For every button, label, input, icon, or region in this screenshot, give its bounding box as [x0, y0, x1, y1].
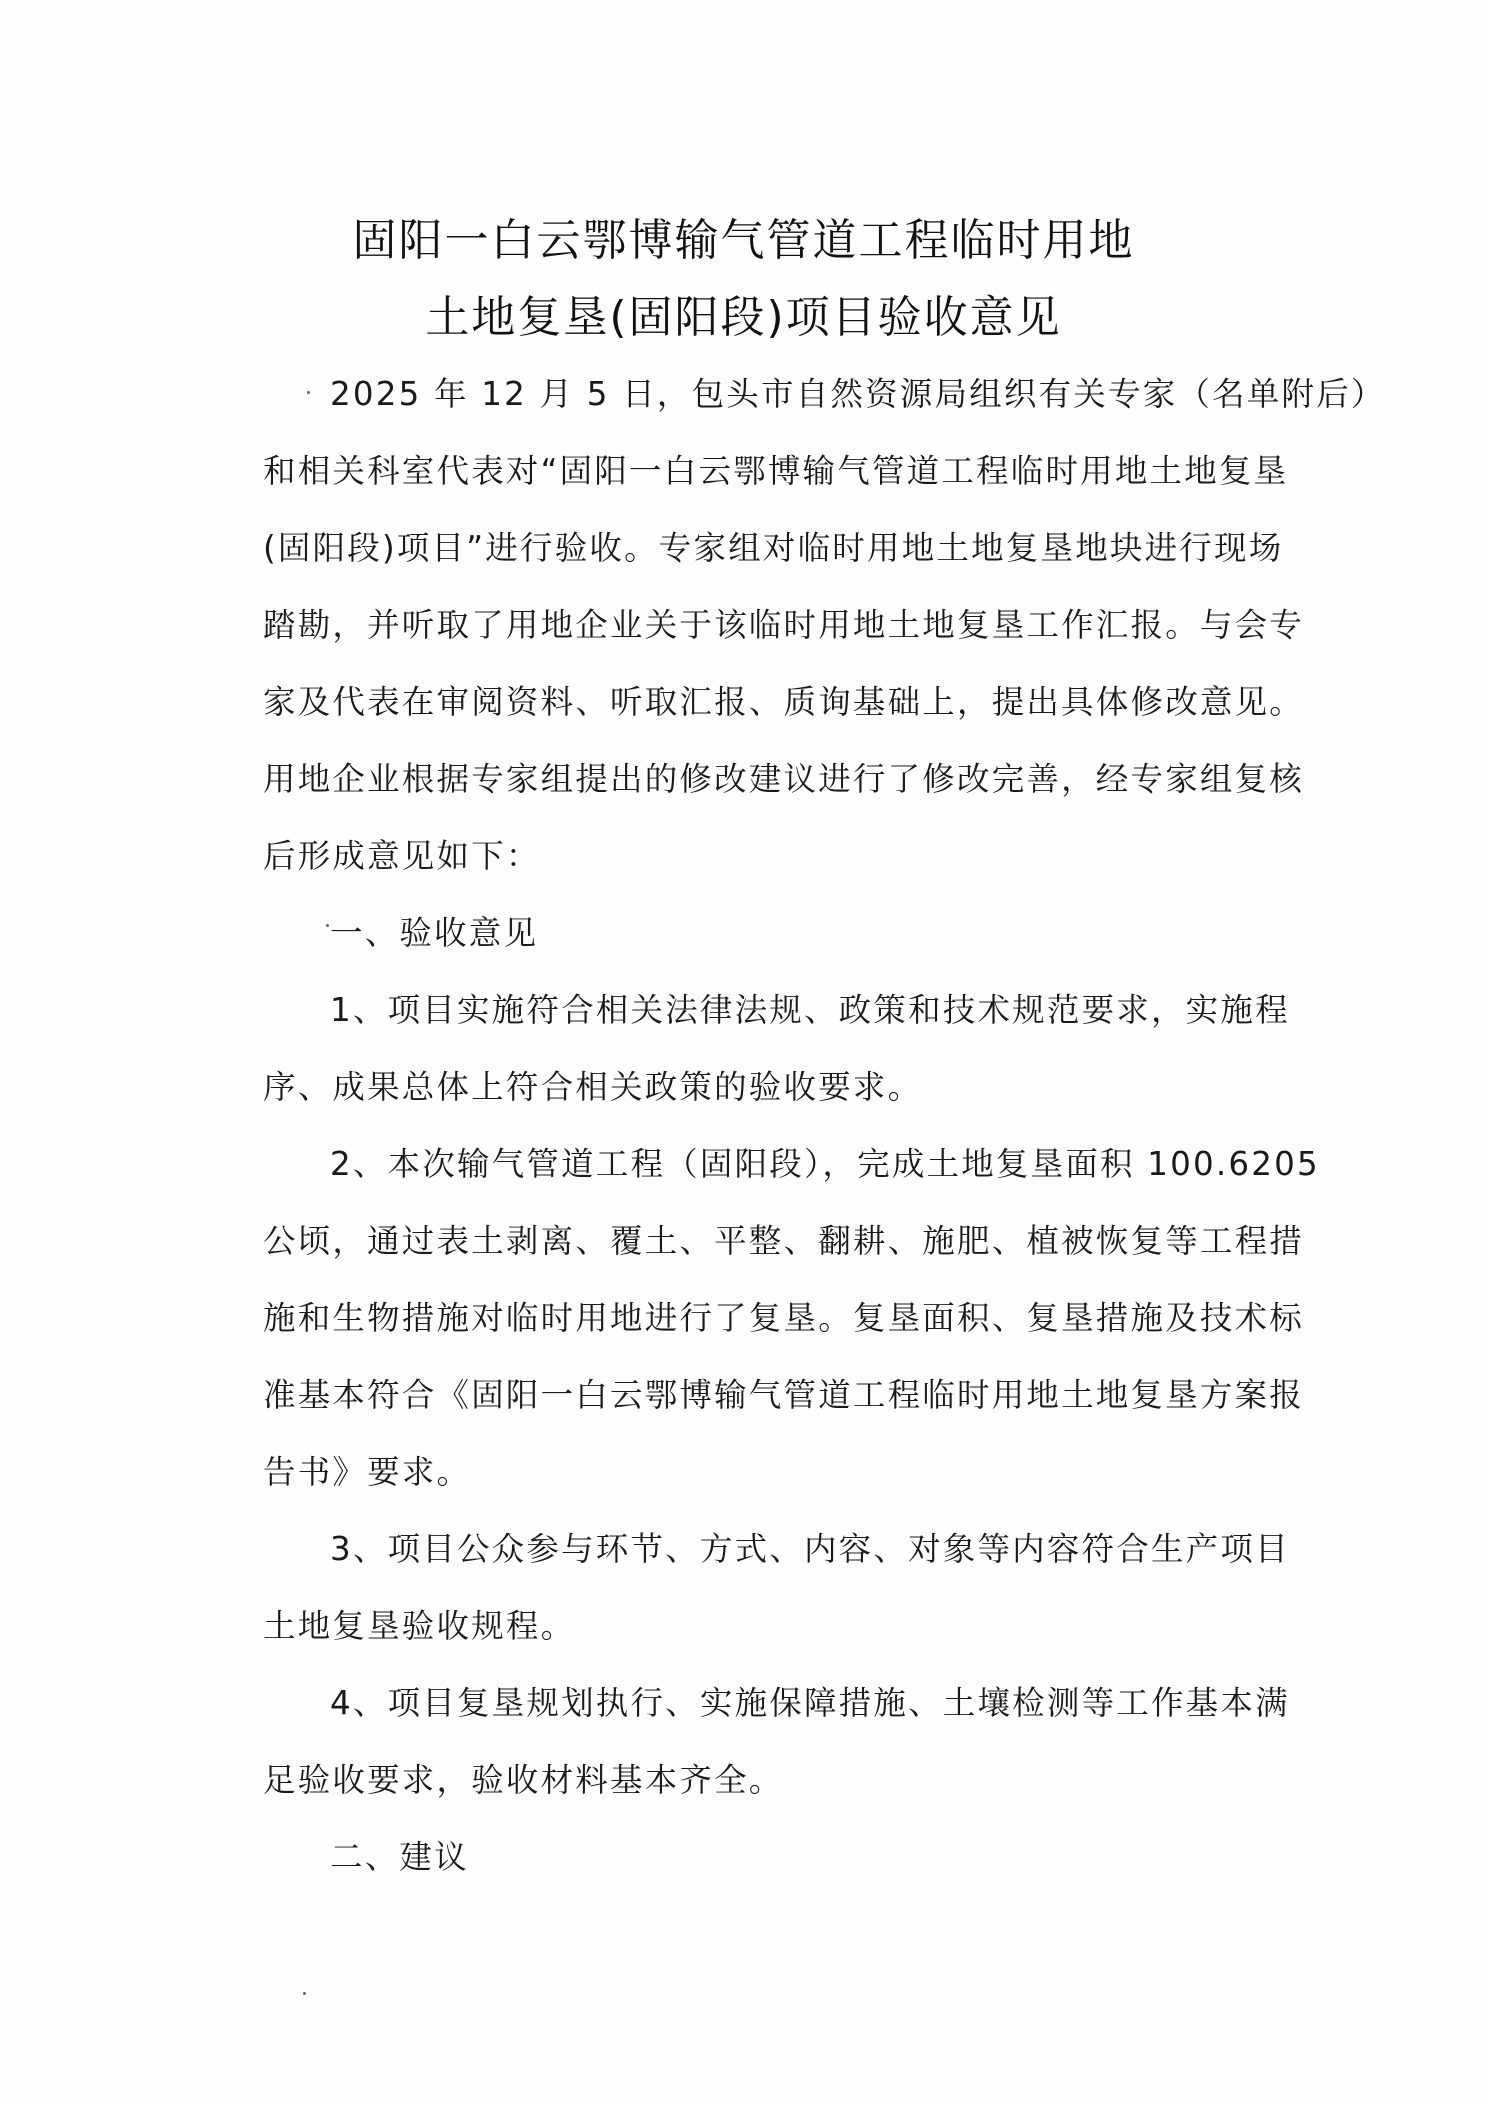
section-heading-suggestions: 二、建议 — [330, 1835, 1310, 1879]
body-line: 告书》要求。 — [263, 1450, 1308, 1494]
document-page: 固阳一白云鄂博输气管道工程临时用地 土地复垦(固阳段)项目验收意见 2025 年… — [0, 0, 1487, 2102]
body-line: 足验收要求，验收材料基本齐全。 — [263, 1758, 1308, 1802]
document-title-line-1: 固阳一白云鄂博输气管道工程临时用地 — [0, 213, 1487, 269]
body-line: 和相关科室代表对“固阳一白云鄂博输气管道工程临时用地土地复垦 — [263, 449, 1308, 493]
opinion-item-1: 1、项目实施符合相关法律法规、政策和技术规范要求，实施程 — [330, 988, 1310, 1032]
body-line: 施和生物措施对临时用地进行了复垦。复垦面积、复垦措施及技术标 — [263, 1296, 1308, 1340]
body-line: 踏勘，并听取了用地企业关于该临时用地土地复垦工作汇报。与会专 — [263, 603, 1308, 647]
scan-speck — [307, 391, 310, 394]
opinion-item-4: 4、项目复垦规划执行、实施保障措施、土壤检测等工作基本满 — [330, 1681, 1310, 1725]
body-line: 后形成意见如下： — [263, 834, 1308, 878]
opinion-item-3: 3、项目公众参与环节、方式、内容、对象等内容符合生产项目 — [330, 1527, 1310, 1571]
body-line: (固阳段)项目”进行验收。专家组对临时用地土地复垦地块进行现场 — [263, 526, 1308, 570]
section-heading-acceptance-opinion: 一、验收意见 — [330, 911, 1310, 955]
body-line: 公顷，通过表土剥离、覆土、平整、翻耕、施肥、植被恢复等工程措 — [263, 1219, 1308, 1263]
scan-speck — [303, 1992, 306, 1995]
body-line: 家及代表在审阅资料、听取汇报、质询基础上，提出具体修改意见。 — [263, 680, 1308, 724]
opinion-item-2: 2、本次输气管道工程（固阳段），完成土地复垦面积 100.6205 — [330, 1142, 1310, 1186]
document-title-line-2: 土地复垦(固阳段)项目验收意见 — [0, 290, 1487, 346]
scan-speck — [326, 924, 329, 927]
body-line: 准基本符合《固阳一白云鄂博输气管道工程临时用地土地复垦方案报 — [263, 1373, 1308, 1417]
body-line: 2025 年 12 月 5 日，包头市自然资源局组织有关专家（名单附后） — [330, 372, 1310, 416]
body-line: 序、成果总体上符合相关政策的验收要求。 — [263, 1065, 1308, 1109]
body-line: 土地复垦验收规程。 — [263, 1604, 1308, 1648]
body-line: 用地企业根据专家组提出的修改建议进行了修改完善，经专家组复核 — [263, 757, 1308, 801]
